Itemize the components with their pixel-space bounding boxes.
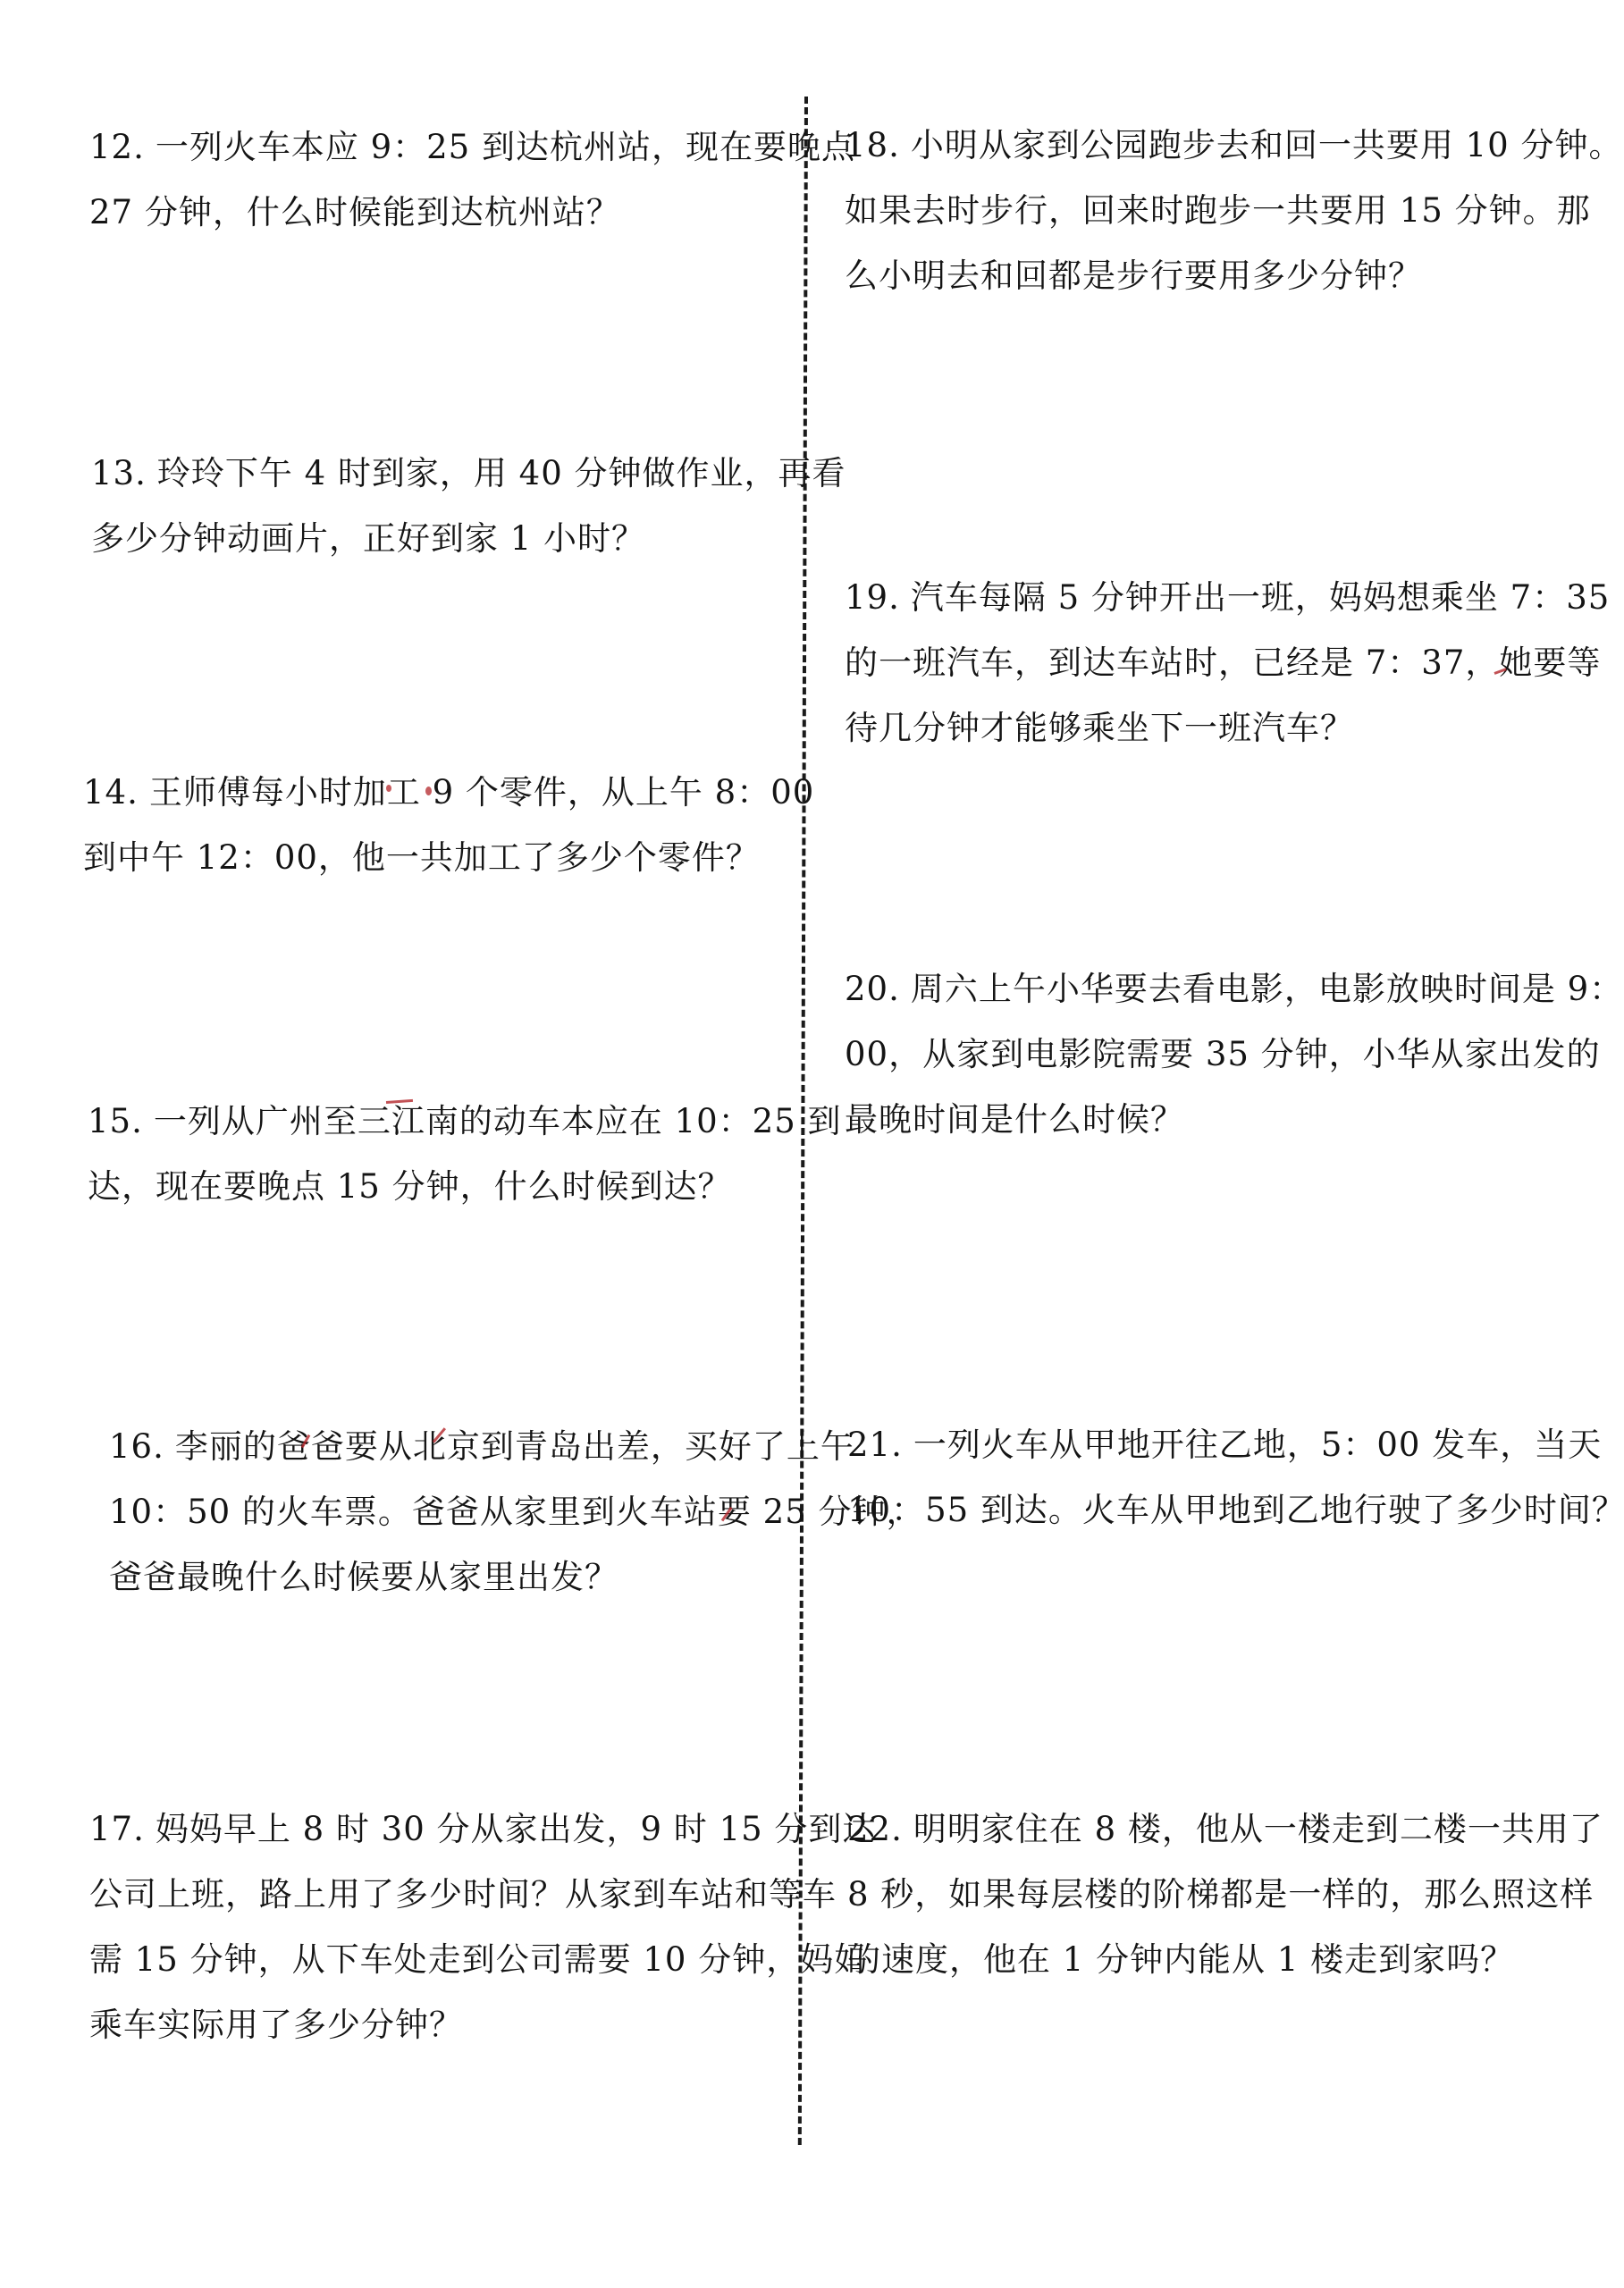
question-line: 22.明明家住在 8 楼，他从一楼走到二楼一共用了 — [847, 1796, 1603, 1862]
question-line: 的速度，他在 1 分钟内能从 1 楼走到家吗？ — [847, 1927, 1603, 1992]
question-number: 17. — [89, 1810, 145, 1848]
question-line: 10：55 到达。火车从甲地到乙地行驶了多少时间？ — [847, 1477, 1624, 1543]
question-22: 22.明明家住在 8 楼，他从一楼走到二楼一共用了 8 秒，如果每层楼的阶梯都是… — [847, 1796, 1603, 1992]
red-ink-mark — [425, 786, 432, 795]
question-19: 19.汽车每隔 5 分钟开出一班，妈妈想乘坐 7：35 的一班汽车，到达车站时，… — [845, 565, 1610, 761]
question-12: 12.一列火车本应 9：25 到达杭州站，现在要晚点 27 分钟，什么时候能到达… — [89, 114, 855, 245]
question-line: 20.周六上午小华要去看电影，电影放映时间是 9： — [845, 956, 1623, 1022]
question-line: 15.一列从广州至三江南的动车本应在 10：25 到 — [88, 1089, 842, 1154]
question-number: 20. — [845, 970, 900, 1008]
question-line: 19.汽车每隔 5 分钟开出一班，妈妈想乘坐 7：35 — [845, 565, 1610, 630]
question-line: 18.小明从家到公园跑步去和回一共要用 10 分钟。 — [845, 113, 1622, 178]
question-number: 18. — [845, 126, 900, 164]
question-20: 20.周六上午小华要去看电影，电影放映时间是 9： 00，从家到电影院需要 35… — [845, 956, 1623, 1152]
question-line: 公司上班，路上用了多少时间？从家到车站和等车 — [89, 1862, 876, 1927]
question-line: 需 15 分钟，从下车处走到公司需要 10 分钟，妈妈 — [89, 1927, 876, 1992]
question-line: 乘车实际用了多少分钟？ — [89, 1992, 876, 2057]
question-number: 16. — [109, 1427, 164, 1466]
question-line: 达，现在要晚点 15 分钟，什么时候到达？ — [88, 1154, 842, 1219]
question-line: 27 分钟，什么时候能到达杭州站？ — [89, 180, 855, 245]
question-line: 13.玲玲下午 4 时到家，用 40 分钟做作业，再看 — [91, 441, 846, 506]
question-line: 到中午 12：00，他一共加工了多少个零件？ — [83, 825, 814, 890]
red-ink-mark — [386, 785, 391, 792]
question-line: 如果去时步行，回来时跑步一共要用 15 分钟。那 — [845, 178, 1622, 243]
question-number: 15. — [88, 1102, 143, 1140]
question-line: 爸爸最晚什么时候要从家里出发？ — [109, 1544, 921, 1610]
question-line: 最晚时间是什么时候？ — [845, 1087, 1623, 1152]
question-line: 10：50 的火车票。爸爸从家里到火车站要 25 分钟， — [109, 1479, 921, 1544]
question-number: 22. — [847, 1810, 903, 1848]
question-line: 00，从家到电影院需要 35 分钟，小华从家出发的 — [845, 1022, 1623, 1087]
question-21: 21.一列火车从甲地开往乙地，5：00 发车，当天 10：55 到达。火车从甲地… — [847, 1412, 1624, 1543]
question-line: 16.李丽的爸爸要从北京到青岛出差，买好了上午 — [109, 1414, 921, 1479]
question-17: 17.妈妈早上 8 时 30 分从家出发，9 时 15 分到达 公司上班，路上用… — [89, 1796, 876, 2057]
question-line: 21.一列火车从甲地开往乙地，5：00 发车，当天 — [847, 1412, 1624, 1477]
question-line: 14.王师傅每小时加工 9 个零件，从上午 8：00 — [83, 760, 814, 825]
question-line: 12.一列火车本应 9：25 到达杭州站，现在要晚点 — [89, 114, 855, 180]
question-line: 的一班汽车，到达车站时，已经是 7：37，她要等 — [845, 630, 1610, 695]
worksheet-page: 12.一列火车本应 9：25 到达杭州站，现在要晚点 27 分钟，什么时候能到达… — [0, 0, 1624, 2288]
question-number: 14. — [83, 773, 139, 812]
question-13: 13.玲玲下午 4 时到家，用 40 分钟做作业，再看 多少分钟动画片，正好到家… — [91, 441, 846, 571]
question-line: 待几分钟才能够乘坐下一班汽车？ — [845, 695, 1610, 761]
question-line: 么小明去和回都是步行要用多少分钟？ — [845, 243, 1622, 308]
question-number: 19. — [845, 578, 900, 617]
question-number: 13. — [91, 454, 147, 492]
question-14: 14.王师傅每小时加工 9 个零件，从上午 8：00 到中午 12：00，他一共… — [83, 760, 814, 890]
question-line: 17.妈妈早上 8 时 30 分从家出发，9 时 15 分到达 — [89, 1796, 876, 1862]
question-number: 21. — [847, 1426, 903, 1464]
question-number: 12. — [89, 128, 145, 166]
question-15: 15.一列从广州至三江南的动车本应在 10：25 到 达，现在要晚点 15 分钟… — [88, 1089, 842, 1219]
question-16: 16.李丽的爸爸要从北京到青岛出差，买好了上午 10：50 的火车票。爸爸从家里… — [109, 1414, 921, 1610]
question-line: 8 秒，如果每层楼的阶梯都是一样的，那么照这样 — [847, 1862, 1603, 1927]
question-18: 18.小明从家到公园跑步去和回一共要用 10 分钟。 如果去时步行，回来时跑步一… — [845, 113, 1622, 308]
question-line: 多少分钟动画片，正好到家 1 小时？ — [91, 506, 846, 571]
